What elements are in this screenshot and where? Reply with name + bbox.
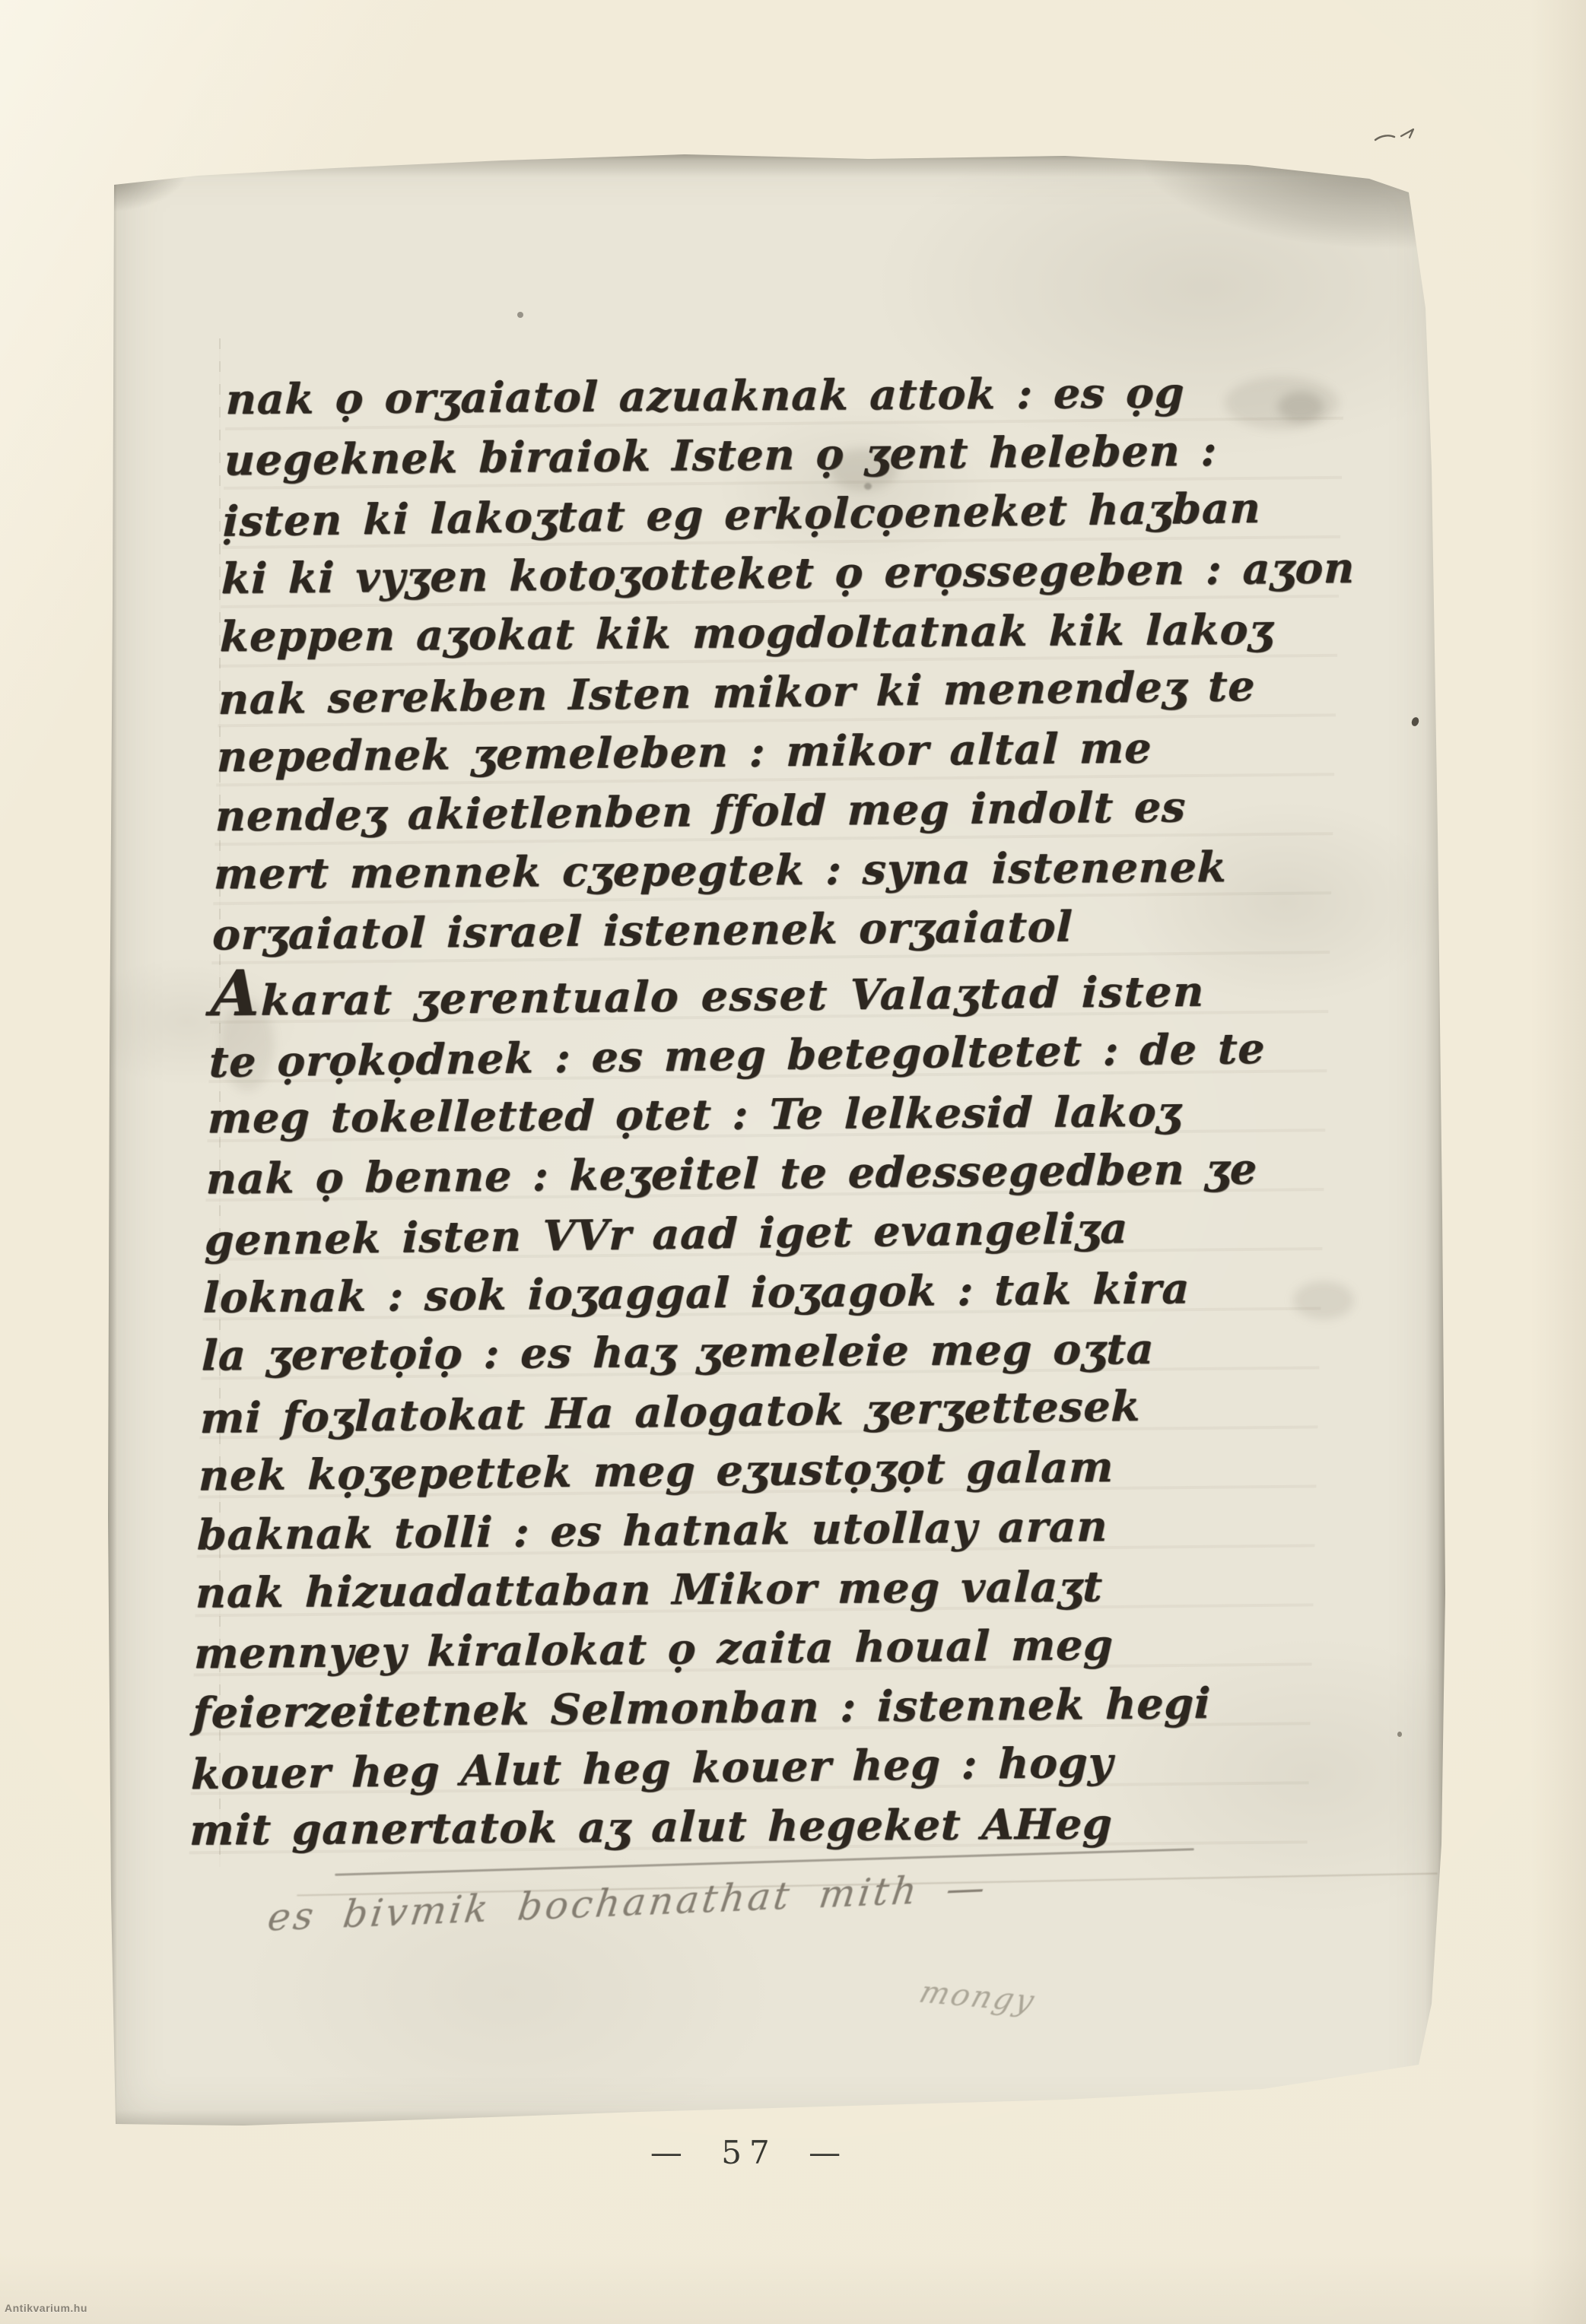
- manuscript-line: nak hizuadattaban Mikor meg valaʒt: [195, 1555, 1314, 1622]
- ink-speck: [517, 312, 523, 318]
- watermark: Antikvarium.hu: [5, 2302, 87, 2314]
- manuscript-line: nendeʒ akietlenben ffold meg indolt es: [215, 776, 1334, 846]
- ink-speck: [1397, 1732, 1402, 1737]
- manuscript-line: Akarat ʒerentualo esset Valaʒtad isten: [210, 954, 1330, 1030]
- manuscript-line: la ʒeretọiọ : es haʒ ʒemeleie meg oʒta: [201, 1318, 1321, 1385]
- later-annotation-faint: mongy: [915, 1975, 1040, 2019]
- book-page: { "page": { "folio_label": "— 57 —", "wa…: [0, 0, 1586, 2324]
- manuscript-line: te ọrọkọdnek : es meg betegoltetet : de …: [208, 1018, 1328, 1092]
- manuscript-line: nak ọ orʒaiatol azuaknak attok : es ọg: [225, 362, 1345, 429]
- manuscript-line: mennyey kiralokat ọ zaita houal meg: [193, 1613, 1313, 1683]
- manuscript-line: mert mennek cʒepegtek : syna istenenek: [213, 837, 1333, 903]
- manuscript-line: baknak tolli : es hatnak utollay aran: [196, 1494, 1316, 1564]
- later-annotation: es bivmik bochanathat mith —: [265, 1865, 991, 1940]
- manuscript-line: orʒaiatol israel istenenek orʒaiatol: [211, 894, 1331, 964]
- manuscript-photo: nak ọ orʒaiatol azuaknak attok : es ọgue…: [106, 148, 1445, 2133]
- manuscript-line: loknak : sok ioʒaggal ioʒagok : tak kira: [202, 1257, 1322, 1327]
- page-number: — 57 —: [532, 2134, 966, 2171]
- pen-mark: [1374, 124, 1421, 148]
- manuscript-text: nak ọ orʒaiatol azuaknak attok : es ọgue…: [189, 360, 1345, 1862]
- manuscript-line: keppen aʒokat kik mogdoltatnak kik lakoʒ: [219, 599, 1339, 666]
- manuscript-line: kouer heg Alut heg kouer heg : hogy: [190, 1730, 1310, 1804]
- ink-speck: [1410, 716, 1420, 727]
- manuscript-line: nepednek ʒemeleben : mikor altal me: [216, 716, 1336, 786]
- manuscript-line: meg tokelletted ọtet : Te lelkesid lakoʒ: [207, 1081, 1327, 1148]
